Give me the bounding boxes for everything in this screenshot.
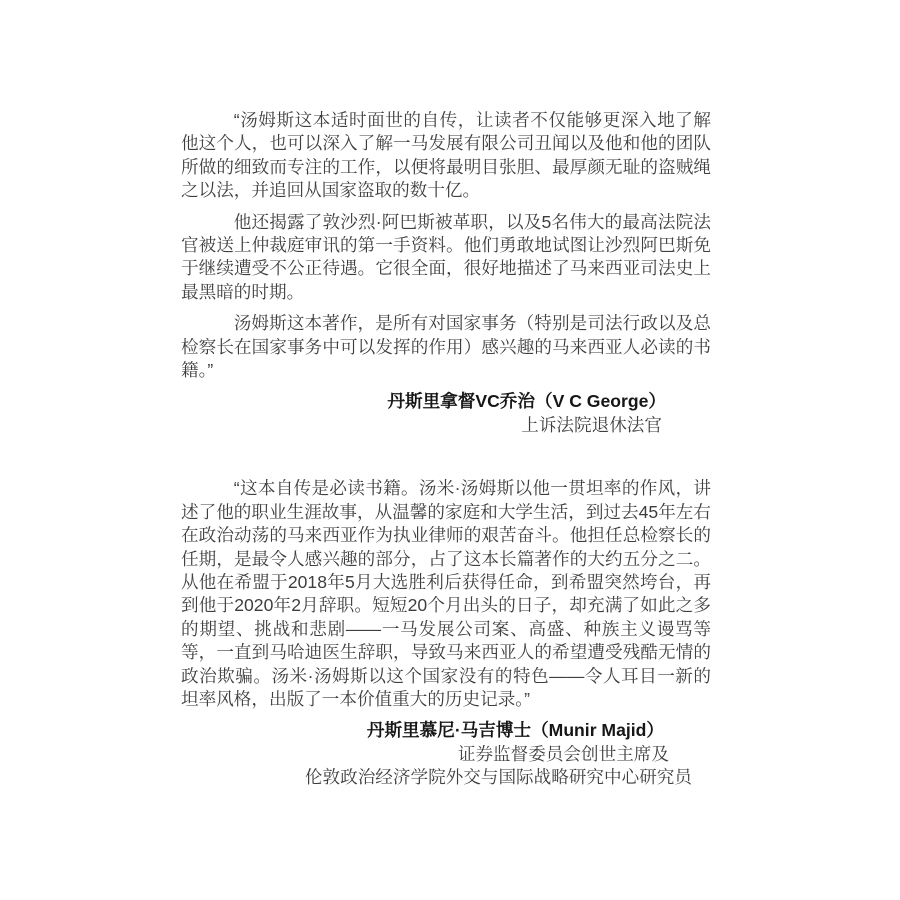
testimonial-paragraph: “汤姆斯这本适时面世的自传，让读者不仅能够更深入地了解他这个人，也可以深入了解一…	[181, 109, 711, 203]
testimonial-paragraph: “这本自传是必读书籍。汤米·汤姆斯以他一贯坦率的作风，讲述了他的职业生涯故事，从…	[181, 477, 711, 711]
attribution-name: 丹斯里拿督VC乔治（V C George）	[181, 390, 711, 413]
page-text-column: “汤姆斯这本适时面世的自传，让读者不仅能够更深入地了解他这个人，也可以深入了解一…	[181, 109, 711, 790]
attribution-block: 丹斯里慕尼·马吉博士（Munir Majid） 证券监督委员会创世主席及 伦敦政…	[181, 719, 711, 789]
attribution-title: 伦敦政治经济学院外交与国际战略研究中心研究员	[181, 766, 711, 789]
attribution-block: 丹斯里拿督VC乔治（V C George） 上诉法院退休法官	[181, 390, 711, 437]
attribution-name: 丹斯里慕尼·马吉博士（Munir Majid）	[181, 719, 711, 742]
testimonial-paragraph: 汤姆斯这本著作，是所有对国家事务（特别是司法行政以及总检察长在国家事务中可以发挥…	[181, 312, 711, 382]
testimonial-block-1: “汤姆斯这本适时面世的自传，让读者不仅能够更深入地了解他这个人，也可以深入了解一…	[181, 109, 711, 437]
testimonial-block-2: “这本自传是必读书籍。汤米·汤姆斯以他一贯坦率的作风，讲述了他的职业生涯故事，从…	[181, 477, 711, 789]
book-page: “汤姆斯这本适时面世的自传，让读者不仅能够更深入地了解他这个人，也可以深入了解一…	[0, 0, 900, 900]
testimonial-paragraph: 他还揭露了敦沙烈·阿巴斯被革职，以及5名伟大的最高法院法官被送上仲裁庭审讯的第一…	[181, 211, 711, 305]
attribution-title: 证券监督委员会创世主席及	[181, 743, 711, 766]
attribution-title: 上诉法院退休法官	[181, 414, 711, 437]
